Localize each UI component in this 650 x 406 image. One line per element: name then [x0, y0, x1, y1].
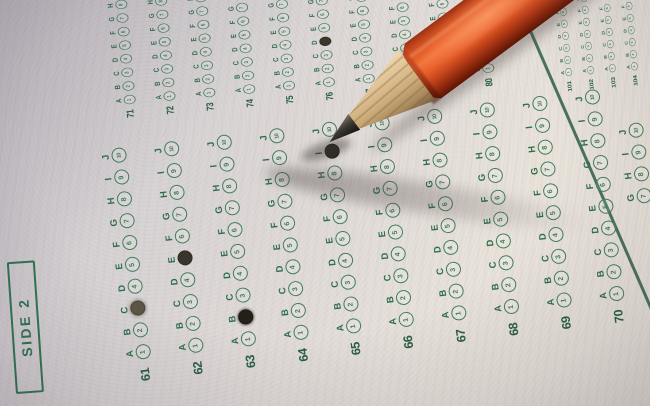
answer-bubble: 6 — [157, 23, 170, 33]
answer-bubble: 8 — [169, 185, 186, 202]
side-label: SIDE 2 — [15, 297, 35, 357]
answer-bubble: 3 — [585, 42, 592, 51]
answer-bubble: 10 — [532, 96, 549, 113]
choice-letter: J — [259, 135, 270, 141]
answer-cell: C3 — [277, 277, 304, 302]
answer-bubble: 6 — [227, 222, 244, 239]
answer-cell: J10 — [617, 119, 644, 144]
answer-bubble: 7 — [156, 10, 169, 20]
answer-bubble: 3 — [393, 268, 410, 285]
answer-bubble: 5 — [278, 26, 291, 36]
answer-cell: D4 — [579, 28, 591, 41]
answer-cell: B2 — [332, 293, 359, 318]
answer-bubble: 4 — [399, 30, 412, 40]
answer-cell: C3 — [192, 58, 213, 73]
answer-bubble: 9 — [587, 111, 604, 128]
answer-cell: J10 — [258, 124, 285, 149]
answer-bubble: 2 — [242, 71, 255, 81]
answer-bubble: 7 — [276, 0, 289, 10]
answer-bubble: 2 — [321, 64, 334, 74]
question-number: 76 — [324, 92, 337, 109]
answer-bubble: 7 — [487, 168, 504, 185]
answer-bubble: 2 — [122, 81, 135, 91]
answer-bubble: 8 — [432, 152, 449, 169]
answer-bubble: 5 — [229, 244, 246, 261]
answer-bubble: 2 — [281, 67, 294, 77]
answer-cell: B2 — [227, 306, 254, 331]
answer-bubble: 2 — [202, 74, 215, 84]
answer-cell: A1 — [230, 327, 257, 352]
answer-bubble: 7 — [119, 213, 136, 230]
answer-bubble: 3 — [445, 261, 462, 278]
answer-bubble: 5 — [177, 250, 194, 267]
answer-group-61-70: 61A1B2C3D4E5F6G7H8I9J1062A1B2C3D4E5F6G7H… — [100, 82, 650, 396]
answer-cell: J10 — [153, 137, 180, 162]
answer-bubble: 3 — [563, 44, 570, 53]
answer-bubble: 5 — [561, 20, 568, 29]
question-number: 71 — [125, 109, 138, 126]
answer-cell: E5 — [324, 227, 351, 252]
answer-cell: A1 — [560, 66, 572, 79]
answer-bubble: 4 — [359, 33, 372, 43]
answer-bubble: 4 — [285, 259, 302, 276]
answer-cell: A1 — [493, 295, 520, 320]
answer-bubble: 2 — [630, 50, 637, 59]
answer-cell: C3 — [330, 271, 357, 296]
answer-cell: E5 — [270, 24, 291, 39]
answer-bubble: 10 — [584, 89, 601, 106]
answer-bubble: 9 — [271, 150, 288, 167]
answer-cell: B2 — [385, 286, 412, 311]
question-number: 69 — [559, 316, 576, 344]
answer-cell: F6 — [585, 173, 612, 198]
answer-cell: B2 — [174, 312, 201, 337]
answer-bubble: 6 — [279, 215, 296, 232]
answer-bubble: 4 — [495, 233, 512, 250]
answer-cell: B2 — [280, 299, 307, 324]
choice-letter: I — [525, 125, 535, 129]
answer-cell: H8 — [421, 149, 448, 174]
answer-cell: A1 — [275, 79, 296, 94]
answer-cell: C3 — [172, 290, 199, 315]
answer-cell: C3 — [540, 245, 567, 270]
question-number: 80 — [483, 78, 496, 95]
answer-bubble: 6 — [121, 235, 138, 252]
answer-bubble: 3 — [121, 68, 134, 78]
answer-bubble: 1 — [203, 88, 216, 98]
answer-cell: C3 — [312, 48, 333, 63]
answer-bubble: 10 — [163, 141, 180, 158]
answer-cell: E5 — [389, 14, 410, 29]
answer-bubble: 5 — [238, 30, 251, 40]
answer-cell: C3 — [558, 42, 570, 55]
answer-cell: F6 — [621, 0, 633, 13]
answer-bubble: 3 — [287, 281, 304, 298]
answer-cell: A1 — [125, 340, 152, 365]
answer-cell: F6 — [229, 14, 250, 29]
answer-bubble: 2 — [395, 290, 412, 307]
answer-cell: I9 — [524, 114, 551, 139]
choice-letter: F — [323, 215, 334, 222]
answer-bubble: 1 — [608, 286, 625, 303]
answer-cell: E5 — [578, 16, 590, 29]
answer-cell: C3 — [624, 36, 636, 49]
answer-cell: D4 — [169, 268, 196, 293]
answer-cell: E5 — [377, 221, 404, 246]
answer-cell: C3 — [435, 258, 462, 283]
answer-bubble: 6 — [604, 4, 611, 13]
answer-bubble: 1 — [362, 74, 375, 84]
answer-cell: F6 — [269, 11, 290, 26]
answer-cell: F6 — [428, 0, 449, 12]
answer-bubble: 5 — [387, 224, 404, 241]
answer-cell: D4 — [116, 275, 143, 300]
answer-bubble: 6 — [117, 27, 130, 37]
answer-cell: H8 — [527, 136, 554, 161]
question-number: 66 — [401, 335, 418, 363]
answer-cell: I9 — [471, 120, 498, 145]
answer-bubble: 1 — [323, 77, 336, 87]
answer-bubble: 7 — [355, 0, 368, 3]
answer-bubble: 5 — [198, 33, 211, 43]
answer-bubble: 6 — [277, 13, 290, 23]
answer-bubble: 1 — [135, 344, 152, 361]
answer-cell: H8 — [474, 142, 501, 167]
choice-letter: J — [619, 129, 630, 135]
answer-bubble: 9 — [482, 124, 499, 141]
answer-bubble: 10 — [216, 134, 233, 151]
choice-letter: F — [270, 222, 281, 229]
choice-letter: I — [621, 152, 631, 156]
answer-cell: A1 — [195, 86, 216, 101]
answer-cell: E5 — [349, 17, 370, 32]
answer-cell: J10 — [574, 86, 601, 111]
answer-bubble: 2 — [162, 78, 175, 88]
answer-bubble: 3 — [280, 54, 293, 64]
answer-cell: A1 — [626, 60, 638, 73]
answer-cell: B2 — [625, 48, 637, 61]
answer-cell: D4 — [112, 52, 133, 67]
answer-bubble: 2 — [290, 303, 307, 320]
question-number: 64 — [296, 348, 313, 376]
answer-bubble: 4 — [600, 220, 617, 237]
answer-bubble: 4 — [442, 240, 459, 257]
answer-cell: B2 — [595, 260, 622, 285]
question-number: 104 — [632, 75, 639, 90]
answer-bubble: 8 — [155, 0, 168, 6]
question-number: 61 — [138, 367, 155, 395]
answer-cell: E5 — [219, 240, 246, 265]
answer-bubble: 1 — [631, 62, 638, 71]
answer-bubble: 1 — [556, 292, 573, 309]
question-number: 75 — [284, 95, 297, 112]
answer-cell: D4 — [311, 34, 332, 49]
answer-bubble: 3 — [320, 50, 333, 60]
answer-cell: D4 — [274, 255, 301, 280]
answer-cell: F6 — [308, 7, 329, 22]
answer-cell: F6 — [149, 21, 170, 36]
answer-cell: D4 — [191, 45, 212, 60]
answer-cell: F6 — [348, 4, 369, 19]
answer-bubble: 6 — [436, 0, 449, 9]
answer-cell: C3 — [232, 55, 253, 70]
answer-bubble: 4 — [232, 265, 249, 282]
answer-cell: I9 — [156, 159, 183, 184]
answer-bubble: 5 — [124, 256, 141, 273]
answer-cell: A1 — [598, 282, 625, 307]
answer-bubble: 5 — [598, 198, 615, 215]
answer-bubble: 3 — [235, 287, 252, 304]
answer-cell: D4 — [351, 31, 372, 46]
answer-cell: B2 — [154, 75, 175, 90]
answer-cell: G7 — [214, 196, 241, 221]
answer-cell: B2 — [122, 319, 149, 344]
answer-cell: F6 — [164, 225, 191, 250]
answer-bubble: 8 — [115, 0, 128, 10]
answer-bubble: 6 — [356, 6, 369, 16]
answer-cell: G7 — [626, 184, 650, 209]
choice-letter: J — [470, 109, 481, 115]
answer-cell: A1 — [354, 72, 375, 87]
answer-bubble: 1 — [503, 299, 520, 316]
answer-bubble: 1 — [345, 318, 362, 335]
answer-bubble: 1 — [293, 324, 310, 341]
answer-cell: H8 — [107, 0, 128, 13]
answer-bubble: 10 — [269, 128, 286, 145]
answer-bubble: 4 — [279, 40, 292, 50]
answer-bubble: 3 — [360, 47, 373, 57]
answer-bubble: 8 — [537, 139, 554, 156]
answer-bubble: 2 — [564, 56, 571, 65]
answer-cell: B2 — [353, 58, 374, 73]
answer-bubble: 10 — [479, 102, 496, 119]
answer-cell: E5 — [230, 28, 251, 43]
answer-cell: F6 — [111, 231, 138, 256]
answer-bubble: 1 — [187, 337, 204, 354]
question-number: 63 — [243, 354, 260, 382]
question-number: 65 — [348, 341, 365, 369]
question-number — [639, 213, 642, 239]
answer-cell: G7 — [582, 151, 609, 176]
answer-bubble: 6 — [197, 20, 210, 30]
question-number: 68 — [506, 322, 523, 350]
answer-cell: H8 — [623, 163, 650, 188]
answer-cell: I9 — [208, 153, 235, 178]
answer-cell: D4 — [380, 243, 407, 268]
answer-bubble: 2 — [608, 52, 615, 61]
answer-bubble: 3 — [201, 61, 214, 71]
answer-bubble: 2 — [586, 54, 593, 63]
answer-cell: G7 — [108, 11, 129, 26]
answer-bubble: 9 — [166, 163, 183, 180]
answer-bubble: 5 — [605, 16, 612, 25]
answer-bubble: 1 — [240, 331, 257, 348]
answer-bubble: 8 — [590, 133, 607, 150]
answer-cell: J10 — [100, 144, 127, 169]
question-number: 70 — [611, 309, 628, 337]
answer-bubble: 4 — [606, 28, 613, 37]
answer-bubble: 7 — [592, 155, 609, 172]
answer-cell: E5 — [587, 195, 614, 220]
answer-bubble: 8 — [484, 146, 501, 163]
answer-bubble: 2 — [606, 264, 623, 281]
answer-cell: G7 — [477, 164, 504, 189]
answer-cell: J10 — [521, 92, 548, 117]
answer-cell: B2 — [543, 267, 570, 292]
answer-cell: B2 — [437, 280, 464, 305]
answer-bubble: 6 — [317, 9, 330, 19]
choice-letter: F — [217, 228, 228, 235]
choice-letter: F — [165, 235, 176, 242]
answer-bubble: 4 — [127, 278, 144, 295]
answer-bubble: 1 — [398, 312, 415, 329]
answer-bubble: 3 — [161, 64, 174, 74]
choice-letter: F — [375, 209, 386, 216]
answer-cell: F6 — [322, 205, 349, 230]
answer-cell: J10 — [206, 131, 233, 156]
answer-bubble: 3 — [340, 274, 357, 291]
answer-cell: B2 — [194, 72, 215, 87]
photo-frame: 71A1B2C3D4E5F6G7H8I9J1072A1B2C3D4E5F6G7H… — [0, 0, 650, 406]
answer-cell: E5 — [190, 31, 211, 46]
answer-cell: A1 — [582, 64, 594, 77]
answer-bubble: 6 — [625, 2, 632, 11]
answer-bubble: 3 — [603, 242, 620, 259]
answer-bubble: 4 — [584, 30, 591, 39]
answer-bubble: 7 — [224, 200, 241, 217]
answer-cell: D4 — [271, 38, 292, 53]
answer-bubble: 2 — [132, 322, 149, 339]
answer-cell: E5 — [150, 35, 171, 50]
answer-cell: C3 — [580, 40, 592, 53]
answer-cell: A1 — [314, 75, 335, 90]
answer-cell: A1 — [115, 93, 136, 108]
answer-cell: A1 — [440, 302, 467, 327]
answer-cell: G7 — [266, 190, 293, 215]
answer-bubble: 8 — [633, 166, 650, 183]
answer-cell: D4 — [432, 236, 459, 261]
answer-bubble: 3 — [130, 300, 147, 317]
answer-bubble: 10 — [111, 147, 128, 164]
answer-cell: I9 — [103, 166, 130, 191]
answer-bubble: 9 — [113, 169, 130, 186]
answer-bubble: 9 — [534, 117, 551, 134]
answer-cell: A1 — [335, 315, 362, 340]
answer-bubble: 4 — [337, 252, 354, 269]
answer-cell: A1 — [388, 308, 415, 333]
answer-bubble: 2 — [237, 309, 254, 326]
answer-bubble: 5 — [583, 18, 590, 27]
answer-cell: E5 — [114, 253, 141, 278]
answer-cell: B2 — [559, 54, 571, 67]
answer-bubble: 3 — [240, 57, 253, 67]
answer-bubble: 3 — [498, 255, 515, 272]
answer-bubble: 5 — [119, 40, 132, 50]
answer-cell: B2 — [603, 50, 615, 63]
choice-letter: I — [420, 138, 430, 142]
choice-letter: J — [154, 147, 165, 153]
choice-letter: J — [312, 128, 323, 134]
answer-cell: B2 — [313, 62, 334, 77]
answer-bubble: 5 — [397, 16, 410, 26]
answer-bubble: 8 — [221, 178, 238, 195]
answer-cell: D4 — [485, 230, 512, 255]
answer-bubble: 8 — [379, 159, 396, 176]
answer-bubble: 8 — [116, 191, 133, 208]
answer-cell: E5 — [622, 12, 634, 25]
answer-bubble: 5 — [358, 19, 371, 29]
answer-cell: E5 — [272, 234, 299, 259]
answer-bubble: 4 — [628, 26, 635, 35]
answer-cell: G7 — [228, 1, 249, 16]
answer-cell: E5 — [110, 38, 131, 53]
answer-cell: F6 — [109, 25, 130, 40]
answer-bubble: 2 — [361, 60, 374, 70]
answer-bubble: 1 — [243, 84, 256, 94]
answer-cell: D4 — [601, 26, 613, 39]
answer-cell: B2 — [233, 68, 254, 83]
answer-bubble: 2 — [553, 270, 570, 287]
question-number: 72 — [164, 106, 177, 123]
answer-bubble: 7 — [315, 0, 328, 6]
answer-bubble: 7 — [236, 3, 249, 13]
answer-bubble: 1 — [587, 66, 594, 75]
answer-cell: D4 — [391, 27, 412, 42]
answer-bubble: 2 — [500, 277, 517, 294]
answer-bubble: 7 — [603, 0, 610, 1]
answer-cell: H8 — [158, 181, 185, 206]
answer-cell: A1 — [235, 82, 256, 97]
answer-cell: G7 — [148, 8, 169, 23]
answer-bubble: 7 — [636, 188, 650, 205]
answer-bubble: 4 — [179, 272, 196, 289]
answer-cell: G7 — [529, 158, 556, 183]
question-number: 73 — [204, 102, 217, 119]
answer-cell: E5 — [166, 247, 193, 272]
answer-cell: G7 — [108, 209, 135, 234]
choice-letter: F — [533, 189, 544, 196]
answer-bubble: 3 — [629, 38, 636, 47]
choice-letter: F — [112, 241, 123, 248]
answer-bubble: 5 — [627, 14, 634, 23]
answer-cell: B2 — [273, 65, 294, 80]
answer-cell: F6 — [599, 2, 611, 15]
answer-cell: C3 — [272, 51, 293, 66]
answer-bubble: 4 — [390, 246, 407, 263]
answer-bubble: 6 — [595, 177, 612, 194]
answer-cell: D4 — [590, 217, 617, 242]
answer-cell: A1 — [177, 334, 204, 359]
answer-bubble: 7 — [116, 13, 129, 23]
question-number: 67 — [453, 329, 470, 357]
answer-cell: B2 — [581, 52, 593, 65]
answer-cell: E5 — [310, 21, 331, 36]
answer-bubble: 5 — [158, 37, 171, 47]
answer-cell: F6 — [388, 0, 409, 15]
choice-letter: F — [586, 183, 597, 190]
answer-cell: I9 — [577, 108, 604, 133]
choice-letter: J — [575, 96, 586, 102]
answer-cell: F6 — [532, 179, 559, 204]
answer-bubble: 1 — [565, 68, 572, 77]
answer-cell: I9 — [620, 141, 647, 166]
answer-bubble: 6 — [332, 209, 349, 226]
answer-cell: H8 — [211, 175, 238, 200]
answer-cell: E5 — [600, 14, 612, 27]
answer-cell: A1 — [282, 321, 309, 346]
answer-cell: F6 — [269, 212, 296, 237]
answer-cell: G7 — [267, 0, 288, 12]
